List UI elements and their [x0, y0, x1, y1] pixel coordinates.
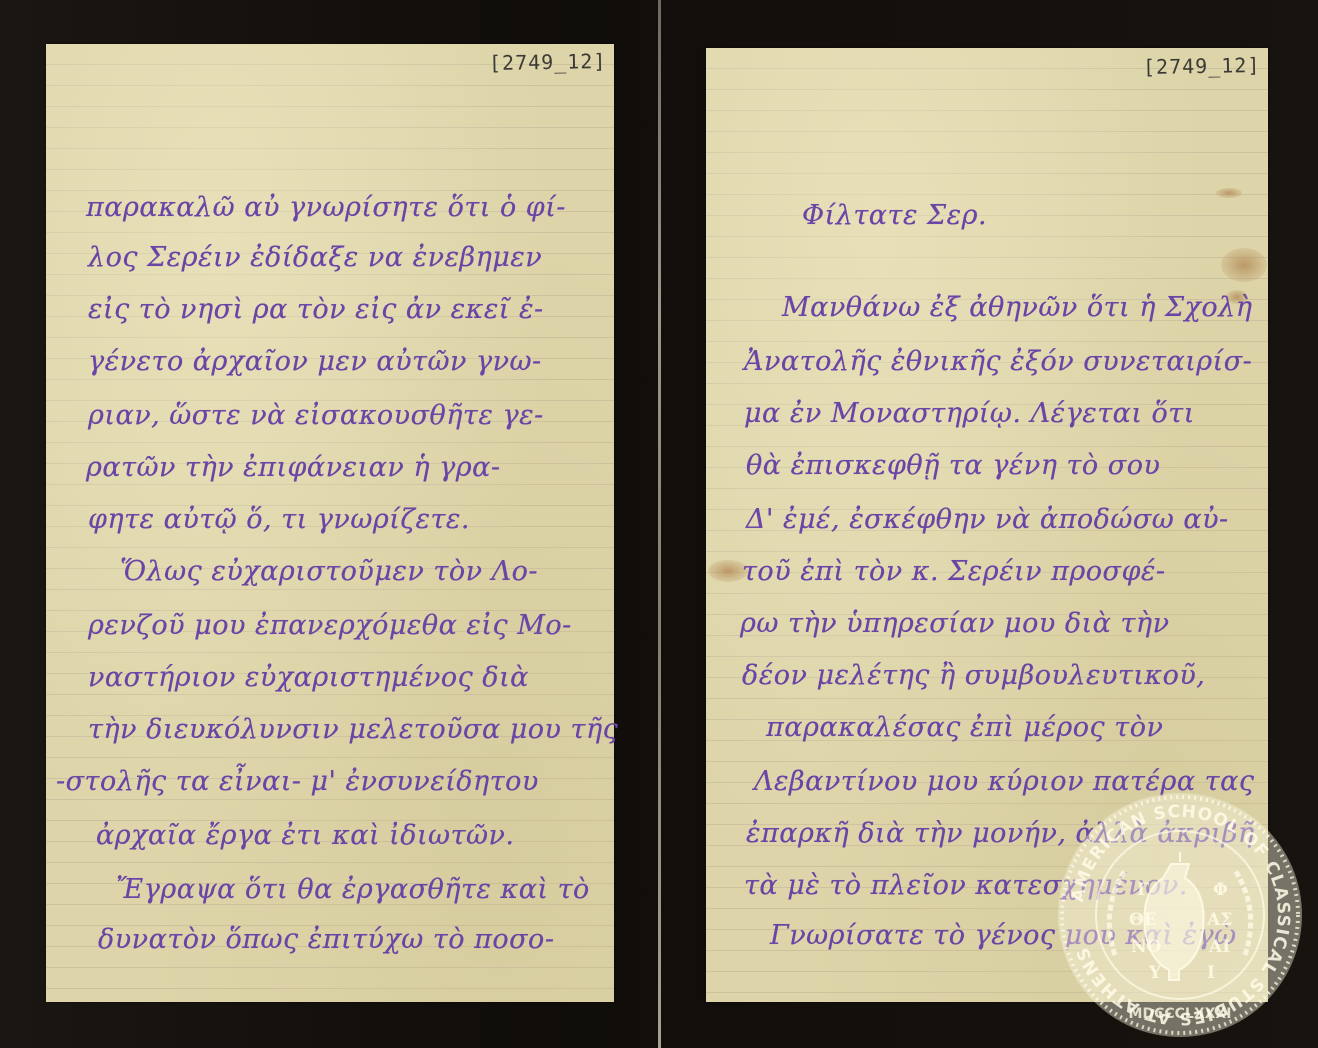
- handwritten-line: λος Σερέιν ἐδίδαξε να ἐνεβημεν: [88, 242, 542, 273]
- page-fold-seam: [658, 0, 661, 1048]
- handwritten-line: Γνωρίσατε τὸ γένος μου καὶ ἐγὼ: [770, 920, 1237, 951]
- handwritten-line: παρακαλέσας ἐπὶ μέρος τὸν: [766, 712, 1163, 743]
- archive-id-label: [2749_12]: [1142, 53, 1260, 79]
- handwritten-line: Δ' ἐμέ, ἐσκέφθην νὰ ἀποδώσω αὐ-: [746, 504, 1229, 535]
- handwritten-line: Μανθάνω ἐξ ἀθηνῶν ὅτι ἡ Σχολὴ: [782, 292, 1252, 323]
- handwritten-line: ρενζοῦ μου ἐπανερχόμεθα εἰς Μο-: [88, 610, 572, 641]
- letter-page-right: [2749_12] Φίλτατε Σερ. Μανθάνω ἐξ ἀθηνῶν…: [706, 48, 1268, 1002]
- handwritten-line: ρω τὴν ὑπηρεσίαν μου διὰ τὴν: [740, 608, 1170, 639]
- handwritten-line: εἰς τὸ νησὶ ρα τὸν εἰς ἀν εκεῖ ἐ-: [88, 294, 544, 325]
- paper-stain: [1221, 248, 1267, 282]
- handwritten-line: -στολῆς τα εἶναι- μ' ἐνσυνείδητου: [56, 766, 539, 797]
- handwritten-line: ρατῶν τὴν ἐπιφάνειαν ἡ γρα-: [86, 452, 500, 483]
- handwritten-line: τοῦ ἐπὶ τὸν κ. Σερέιν προσφέ-: [742, 556, 1166, 587]
- handwritten-line: φητε αὐτῷ ὅ, τι γνωρίζετε.: [88, 504, 470, 535]
- handwritten-line: μα ἐν Μοναστηρίῳ. Λέγεται ὅτι: [744, 398, 1195, 429]
- handwritten-line: ριαν, ὥστε νὰ εἰσακουσθῆτε γε-: [88, 400, 544, 431]
- paper-stain: [1216, 188, 1242, 198]
- handwritten-line: ἀρχαῖα ἔργα ἐτι καὶ ἰδιωτῶν.: [96, 820, 515, 851]
- handwritten-line: τὰ μὲ τὸ πλεῖον κατεσχημένον.: [744, 870, 1188, 901]
- handwritten-line: Ὅλως εὐχαριστοῦμεν τὸν Λο-: [120, 556, 538, 587]
- letter-page-left: [2749_12] παρακαλῶ αὐ γνωρίσητε ὅτι ὁ φί…: [46, 44, 614, 1002]
- handwritten-line: γένετο ἀρχαῖον μεν αὐτῶν γνω-: [88, 346, 542, 377]
- handwritten-line: τὴν διευκόλυνσιν μελετοῦσα μου τῆς: [88, 714, 618, 745]
- archive-id-label: [2749_12]: [488, 49, 606, 75]
- handwritten-line: Λεβαντίνου μου κύριον πατέρα τας: [754, 766, 1254, 797]
- handwritten-line: ἐπαρκῆ διὰ τὴν μονήν, ἀλλὰ ἀκριβῆ: [746, 818, 1255, 849]
- handwritten-line: παρακαλῶ αὐ γνωρίσητε ὅτι ὁ φί-: [86, 192, 566, 223]
- handwritten-line: Ἔγραψα ὅτι θα ἐργασθῆτε καὶ τὸ: [116, 874, 590, 905]
- handwritten-line: θὰ ἐπισκεφθῇ τα γένη τὸ σου: [746, 450, 1160, 481]
- handwritten-line: δέον μελέτης ἢ συμβουλευτικοῦ,: [742, 660, 1205, 691]
- salutation: Φίλτατε Σερ.: [802, 200, 987, 231]
- handwritten-line: δυνατὸν ὅπως ἐπιτύχω τὸ ποσο-: [98, 924, 554, 955]
- handwritten-line: Ἀνατολῆς ἐθνικῆς ἐξόν συνεταιρίσ-: [744, 346, 1252, 377]
- handwritten-line: ναστήριον εὐχαριστημένος διὰ: [88, 662, 529, 693]
